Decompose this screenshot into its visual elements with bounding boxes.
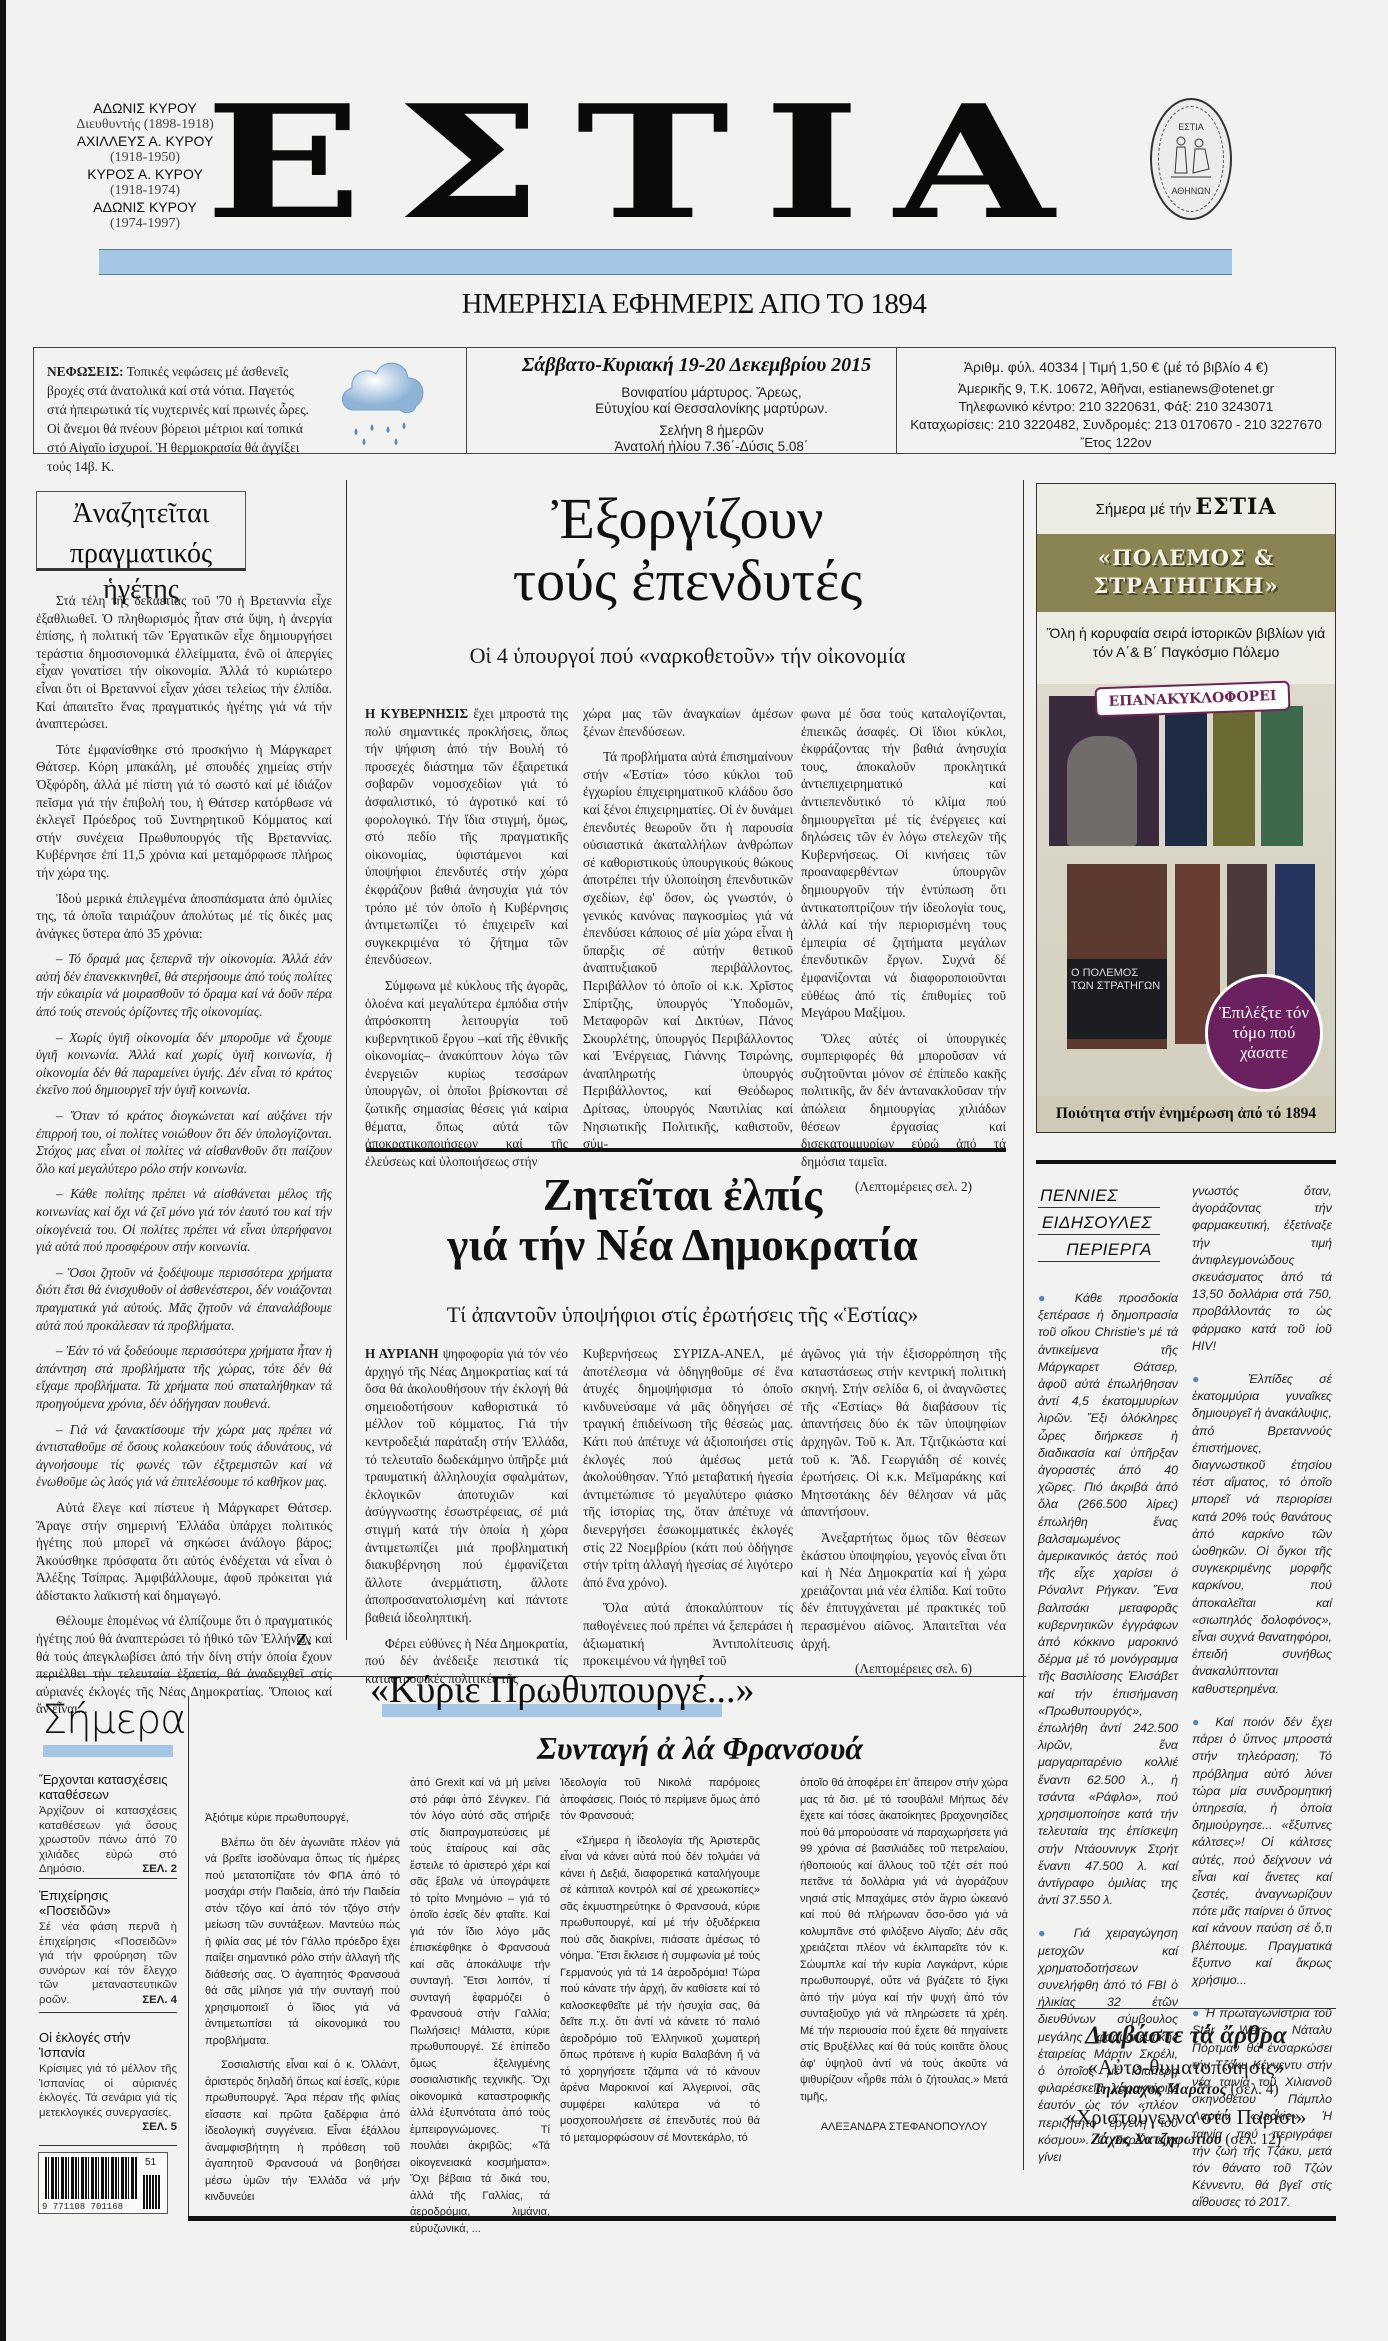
book-cover: [1165, 706, 1207, 846]
weather-text: Τοπικές νεφώσεις μέ ἀσθενεῖς βροχές στά …: [47, 364, 309, 474]
paragraph: ὁποῖο θά ἀποφέρει ἐπ' ἄπειρον στήν χώρα …: [800, 1775, 1008, 2105]
article-link[interactable]: «Χριστούγεννα στό Παρίσι»: [1036, 2104, 1336, 2130]
lead-word: Η ΑΥΡΙΑΝΗ: [365, 1346, 443, 1361]
letter-subheadline: Συνταγή ἀ λά Φρανσουά: [370, 1730, 1030, 1767]
article-page: (σελ. 4): [1231, 2081, 1279, 2098]
second-column: Η ΑΥΡΙΑΝΗ ψηφοφορία γιά τόν νέο ἀρχηγό τ…: [365, 1345, 568, 1695]
sun-times: Ἀνατολή ἡλίου 7.36΄-Δύσις 5.08΄: [467, 439, 896, 455]
section-rule: [1036, 2008, 1336, 2009]
paragraph: – Ὅσοι ζητοῦν νά ξοδέψουμε περισσότερα χ…: [36, 1264, 332, 1334]
letter-headline: «Κύριε Πρωθυπουργέ...»: [370, 1668, 755, 1712]
info-strip: ΝΕΦΩΣΕΙΣ: Τοπικές νεφώσεις μέ ἀσθενεῖς β…: [33, 347, 1336, 454]
second-column: ἀγῶνος γιά τήν ἐξισορρόπηση τῆς καταστάσ…: [801, 1345, 1006, 1686]
article-author: Ζάχος Χατζηφωτίου: [1091, 2131, 1222, 2148]
paragraph: – Χωρίς ὑγιῆ οἰκονομία δέν μποροῦμε νά ἔ…: [36, 1029, 332, 1099]
paragraph: Κυβερνήσεως ΣΥΡΙΖΑ-ΑΝΕΛ, μέ ἀποτέλεσμα ν…: [583, 1345, 793, 1591]
promo-series-band: «ΠΟΛΕΜΟΣ & ΣΤΡΑΤΗΓΙΚΗ»: [1037, 534, 1335, 612]
barcode-bars: [143, 2175, 161, 2209]
book-cover: [1213, 706, 1255, 846]
founder-name: ΚΥΡΟΣ Α. ΚΥΡΟΥ: [70, 166, 220, 183]
today-accent-bar: [43, 1745, 173, 1757]
gossip-title-line: ΠΕΡΙΕΡΓΑ: [1038, 1239, 1160, 1262]
article-page: (σελ. 12): [1225, 2131, 1281, 2148]
paragraph: χώρα μας τῶν ἀναγκαίων ἀμέσων ξένων ἐπεν…: [583, 705, 793, 740]
promo-books-image: ΕΠΑΝΑΚΥΚΛΟΦΟΡΕΙ Ο ΠΟΛΕΜΟΣ ΤΩΝ ΣΤΡΑΤΗΓΩΝ …: [1037, 684, 1335, 1099]
second-headline-line: Ζητεῖται ἐλπίς: [360, 1170, 1005, 1220]
gossip-title: ΠΕΝΝΙΕΣ ΕΙΔΗΣΟΥΛΕΣ ΠΕΡΙΕΡΓΑ: [1038, 1185, 1160, 1266]
paragraph: Τότε ἐμφανίσθηκε στό προσκήνιο ἡ Μάργκαρ…: [36, 741, 332, 882]
today-item-headline: Ἐπιχείρησις «Ποσειδῶν»: [39, 1888, 177, 1918]
book-promo-ad[interactable]: Σήμερα μέ τήν ΕΣΤΙΑ «ΠΟΛΕΜΟΣ & ΣΤΡΑΤΗΓΙΚ…: [1036, 483, 1336, 1133]
weather-box: ΝΕΦΩΣΕΙΣ: Τοπικές νεφώσεις μέ ἀσθενεῖς β…: [34, 348, 467, 453]
bottom-rule: [188, 2216, 1336, 2221]
paragraph: Αὐτά ἔλεγε καί πίστευε ἡ Μάργκαρετ Θάτσε…: [36, 1499, 332, 1605]
paragraph: – Ὅταν τό κράτος διογκώνεται καί αὐξάνει…: [36, 1107, 332, 1177]
today-item-headline: Ἔρχονται κατασχέσεις καταθέσεων: [39, 1772, 177, 1802]
paragraph: ἀγῶνος γιά τήν ἐξισορρόπηση τῆς καταστάσ…: [801, 1345, 1006, 1521]
item-divider: [39, 1878, 177, 1879]
paragraph: Ὅλα αὐτά ἀποκαλύπτουν τίς παθογένειες πο…: [583, 1599, 793, 1669]
paragraph: Η ΚΥΒΕΡΝΗΣΙΣ ἔχει μπροστά της πολύ σημαν…: [365, 705, 568, 969]
publication-year: Ἔτος 122ον: [897, 434, 1335, 452]
lead-headline-line: Ἐξοργίζουν: [345, 488, 1030, 550]
saints-line: Βονιφατίου μάρτυρος. Ἄρεως,: [467, 385, 896, 401]
founder-name: ΑΔΩΝΙΣ ΚΥΡΟΥ: [70, 100, 220, 117]
paragraph: ● Κάθε προσδοκία ξεπέρασε ἡ δημοπρασία τ…: [1038, 1290, 1178, 1909]
lead-word: Η ΚΥΒΕΡΝΗΣΙΣ: [365, 706, 473, 721]
date-box: Σάββατο-Κυριακή 19-20 Δεκεμβρίου 2015 Βο…: [467, 348, 897, 453]
founders-list: ΑΔΩΝΙΣ ΚΥΡΟΥ Διευθυντής (1898-1918) ΑΧΙΛ…: [70, 100, 220, 232]
bullet-icon: ●: [1038, 1926, 1074, 1940]
lead-subheadline: Οἱ 4 ὑπουργοί πού «ναρκοθετοῦν» τήν οἰκο…: [345, 643, 1030, 669]
founder-years: (1918-1950): [70, 150, 220, 167]
promo-blurb: Ὅλη ἡ κορυφαία σειρά ἱστορικῶν βιβλίων γ…: [1037, 612, 1335, 674]
saints-line: Εὐτυχίου καί Θεσσαλονίκης μαρτύρων.: [467, 401, 896, 417]
promo-series-title: ΣΤΡΑΤΗΓΙΚΗ»: [1037, 572, 1335, 600]
paragraph: φωνα μέ ὅσα τούς καταλογίζονται, ἐπιεικῶ…: [801, 705, 1006, 1022]
issue-date: Σάββατο-Κυριακή 19-20 Δεκεμβρίου 2015: [467, 354, 896, 377]
paragraph: Τά προβλήματα αὐτά ἐπισημαίνουν στήν «Ἑσ…: [583, 748, 793, 1153]
book-cover: [1261, 706, 1303, 846]
paragraph: Βλέπω ὅτι δέν ἀγωνιᾶτε πλέον γιά νά βρεῖ…: [205, 1835, 400, 2050]
second-subheadline: Τί ἀπαντοῦν ὑποψήφιοι στίς ἐρωτήσεις τῆς…: [360, 1302, 1005, 1328]
today-item[interactable]: Οἱ ἐκλογές στήν Ἱσπανία Κρίσιμες γιά τό …: [39, 2030, 177, 2135]
lead-headline: Ἐξοργίζουν τούς ἐπενδυτές: [345, 488, 1030, 612]
paragraph: Σοσιαλιστής εἶναι καί ὁ κ. Ὀλλάντ, ἀριστ…: [205, 2057, 400, 2206]
moon-phase: Σελήνη 8 ἡμερῶν: [467, 423, 896, 439]
read-articles-title: Διαβάστε τά ἄρθρα: [1036, 2020, 1336, 2052]
letter-author: ΑΛΕΞΑΝΔΡΑ ΣΤΕΦΑΝΟΠΟΥΛΟΥ: [800, 2119, 1008, 2136]
promo-today-with: Σήμερα μέ τήν: [1096, 501, 1192, 518]
bullet-icon: ●: [1192, 1372, 1248, 1386]
editorial-title: Ἀναζητεῖται: [37, 492, 245, 532]
today-title: Σήμερα: [42, 1697, 185, 1743]
address: Ἀμερικῆς 9, Τ.Κ. 10672, Ἀθῆναι, estianew…: [897, 380, 1335, 398]
gossip-title-line: ΠΕΝΝΙΕΣ: [1038, 1185, 1160, 1208]
paragraph: ἀπό Grexit καί νά μή μείνει στό ράφι ἀπό…: [410, 1775, 550, 2237]
letter-greeting: Ἀξιότιμε κύριε πρωθυπουργέ,: [205, 1810, 400, 1827]
editorial-signature: Z.: [296, 1630, 312, 1650]
paragraph: Στά τέλη τῆς δεκαετίας τοῦ '70 ἡ Βρετανν…: [36, 592, 332, 733]
masthead-accent-bar: [99, 249, 1232, 275]
rain-cloud-icon: [334, 348, 434, 453]
letter-column: Ἰδεολογία τοῦ Νικολά παρόμοιες ἀποφάσεις…: [560, 1775, 760, 2154]
today-item[interactable]: Ἐπιχείρησις «Ποσειδῶν» Σέ νέα φάση περνᾶ…: [39, 1888, 177, 2007]
bullet-icon: ●: [1038, 1291, 1075, 1305]
letter-column: Ἀξιότιμε κύριε πρωθυπουργέ,Βλέπω ὅτι δέν…: [205, 1810, 400, 2214]
paragraph: – Ἐάν τό νά ξοδεύουμε περισσότερα χρήματ…: [36, 1342, 332, 1412]
book-title: Ο ΠΟΛΕΜΟΣ ΤΩΝ ΣΤΡΑΤΗΓΩΝ: [1067, 959, 1167, 1039]
gossip-title-line: ΕΙΔΗΣΟΥΛΕΣ: [1038, 1212, 1160, 1235]
paragraph: ● Ἐλπίδες σέ ἑκατομμύρια γυναῖκες δημιου…: [1192, 1371, 1332, 1698]
item-divider: [39, 2145, 177, 2146]
today-item-headline: Οἱ ἐκλογές στήν Ἱσπανία: [39, 2030, 177, 2060]
barcode-number: 9 771108 701168: [42, 2202, 123, 2212]
founder-years: (1974-1997): [70, 216, 220, 233]
paragraph: Η ΑΥΡΙΑΝΗ ψηφοφορία γιά τόν νέο ἀρχηγό τ…: [365, 1345, 568, 1627]
choose-volume-badge: Ἐπιλέξτε τόν τόμο πού χάσατε: [1205, 974, 1323, 1092]
masthead-tagline: ΗΜΕΡΗΣΙΑ ΕΦΗΜΕΡΙΣ ΑΠΟ ΤΟ 1894: [0, 288, 1388, 321]
paragraph: – Κάθε πολίτης πρέπει νά αἰσθάνεται μέλο…: [36, 1185, 332, 1255]
item-divider: [39, 2012, 177, 2013]
paragraph: «Σήμερα ἡ ἰδεολογία τῆς Ἀριστερᾶς εἶναι …: [560, 1833, 760, 2147]
founder-years: (1918-1974): [70, 183, 220, 200]
ads-subscriptions: Καταχωρίσεις: 210 3220482, Συνδρομές: 21…: [897, 416, 1335, 434]
editorial-body: Στά τέλη τῆς δεκαετίας τοῦ '70 ἡ Βρετανν…: [36, 592, 332, 1726]
lead-column: Η ΚΥΒΕΡΝΗΣΙΣ ἔχει μπροστά της πολύ σημαν…: [365, 705, 568, 1178]
newspaper-front-page: ΑΔΩΝΙΣ ΚΥΡΟΥ Διευθυντής (1898-1918) ΑΧΙΛ…: [0, 0, 1388, 2341]
paragraph: Ἰδού μερικά ἐπιλεγμένα ἀποσπάσματα ἀπό ὁ…: [36, 890, 332, 943]
scan-edge: [0, 0, 6, 2341]
promo-footer: Ποιότητα στήν ἐνημέρωση ἀπό τό 1894: [1037, 1096, 1335, 1132]
barcode: 51 9 771108 701168: [38, 2152, 168, 2214]
barcode-issue: 51: [145, 2157, 156, 2168]
founder-name: ΑΧΙΛΛΕΥΣ Α. ΚΥΡΟΥ: [70, 133, 220, 150]
second-column: Κυβερνήσεως ΣΥΡΙΖΑ-ΑΝΕΛ, μέ ἀποτέλεσμα ν…: [583, 1345, 793, 1678]
letter-column: ἀπό Grexit καί νά μή μείνει στό ράφι ἀπό…: [410, 1775, 550, 2245]
column-divider: [188, 1696, 189, 2216]
paragraph: – Τό ὅραμά μας ξεπερνᾶ τήν οἰκονομία. Ἀλ…: [36, 950, 332, 1020]
lead-headline-line: τούς ἐπενδυτές: [345, 550, 1030, 612]
article-link[interactable]: «Αὐτο-θυματοποίησις»: [1036, 2054, 1336, 2080]
bullet-icon: ●: [1192, 1715, 1215, 1729]
today-item-page: ΣΕΛ. 2: [142, 1862, 177, 1877]
column-divider: [1023, 480, 1024, 2170]
read-articles-box: Διαβάστε τά ἄρθρα «Αὐτο-θυματοποίησις» Τ…: [1036, 2020, 1336, 2154]
paragraph: Ἀνεξαρτήτως ὅμως τῶν θέσεων ἑκάστου ὑποψ…: [801, 1529, 1006, 1652]
paragraph: – Γιά νά ξανακτίσουμε τήν χώρα μας πρέπε…: [36, 1421, 332, 1491]
weather-label: ΝΕΦΩΣΕΙΣ:: [47, 364, 124, 379]
article-author: Τηλέμαχος Μαρᾶτος: [1093, 2081, 1226, 2098]
editorial-title-box: Ἀναζητεῖται πραγματικός ἡγέτης: [36, 491, 246, 571]
section-rule: [1036, 1160, 1336, 1164]
founder-name: ΑΔΩΝΙΣ ΚΥΡΟΥ: [70, 199, 220, 216]
section-rule: [366, 1148, 1006, 1152]
coin-emblem-icon: ΕΣΤΙΑ ΑΘΗΝΩΝ: [1150, 98, 1232, 220]
second-headline-line: γιά τήν Νέα Δημοκρατία: [360, 1220, 1005, 1270]
book-cover: Ο ΠΟΛΕΜΟΣ ΤΩΝ ΣΤΡΑΤΗΓΩΝ: [1067, 864, 1167, 1049]
newspaper-logo: ΕΣΤΙΑ: [205, 88, 1088, 238]
phone: Τηλεφωνικό κέντρο: 210 3220631, Φάξ: 210…: [897, 398, 1335, 416]
barcode-bars: [45, 2157, 137, 2199]
issue-price: Ἀριθμ. φύλ. 40334 | Τιμή 1,50 € (μέ τό β…: [897, 358, 1335, 376]
paragraph: ● Καί ποιόν δέν ἔχει πάρει ὁ ὕπνος μπροσ…: [1192, 1714, 1332, 1989]
letter-column: ὁποῖο θά ἀποφέρει ἐπ' ἄπειρον στήν χώρα …: [800, 1775, 1008, 2144]
today-item-page: ΣΕΛ. 4: [142, 1993, 177, 2008]
today-item-page: ΣΕΛ. 5: [142, 2120, 177, 2135]
second-headline: Ζητεῖται ἐλπίς γιά τήν Νέα Δημοκρατία: [360, 1170, 1005, 1270]
today-item[interactable]: Ἔρχονται κατασχέσεις καταθέσεων Ἀρχίζουν…: [39, 1772, 177, 1877]
today-item-body: Κρίσιμες γιά τό μέλλον τῆς Ἱσπανίας οἱ α…: [39, 2063, 177, 2119]
lead-column: φωνα μέ ὅσα τούς καταλογίζονται, ἐπιεικῶ…: [801, 705, 1006, 1204]
promo-brand: ΕΣΤΙΑ: [1195, 494, 1276, 520]
paragraph: Σύμφωνα μέ κύκλους τῆς ἀγορᾶς, ὁλοένα κα…: [365, 977, 568, 1171]
paragraph: γνωστός ὅταν, ἀγοράζοντας τήν φαρμακευτι…: [1192, 1183, 1332, 1355]
promo-series-title: «ΠΟΛΕΜΟΣ &: [1037, 544, 1335, 572]
lead-column: χώρα μας τῶν ἀναγκαίων ἀμέσων ξένων ἐπεν…: [583, 705, 793, 1161]
publisher-box: Ἀριθμ. φύλ. 40334 | Τιμή 1,50 € (μέ τό β…: [897, 348, 1335, 453]
founder-years: Διευθυντής (1898-1918): [70, 117, 220, 134]
paragraph: Ἰδεολογία τοῦ Νικολά παρόμοιες ἀποφάσεις…: [560, 1775, 760, 1825]
book-cover: [1049, 696, 1159, 846]
